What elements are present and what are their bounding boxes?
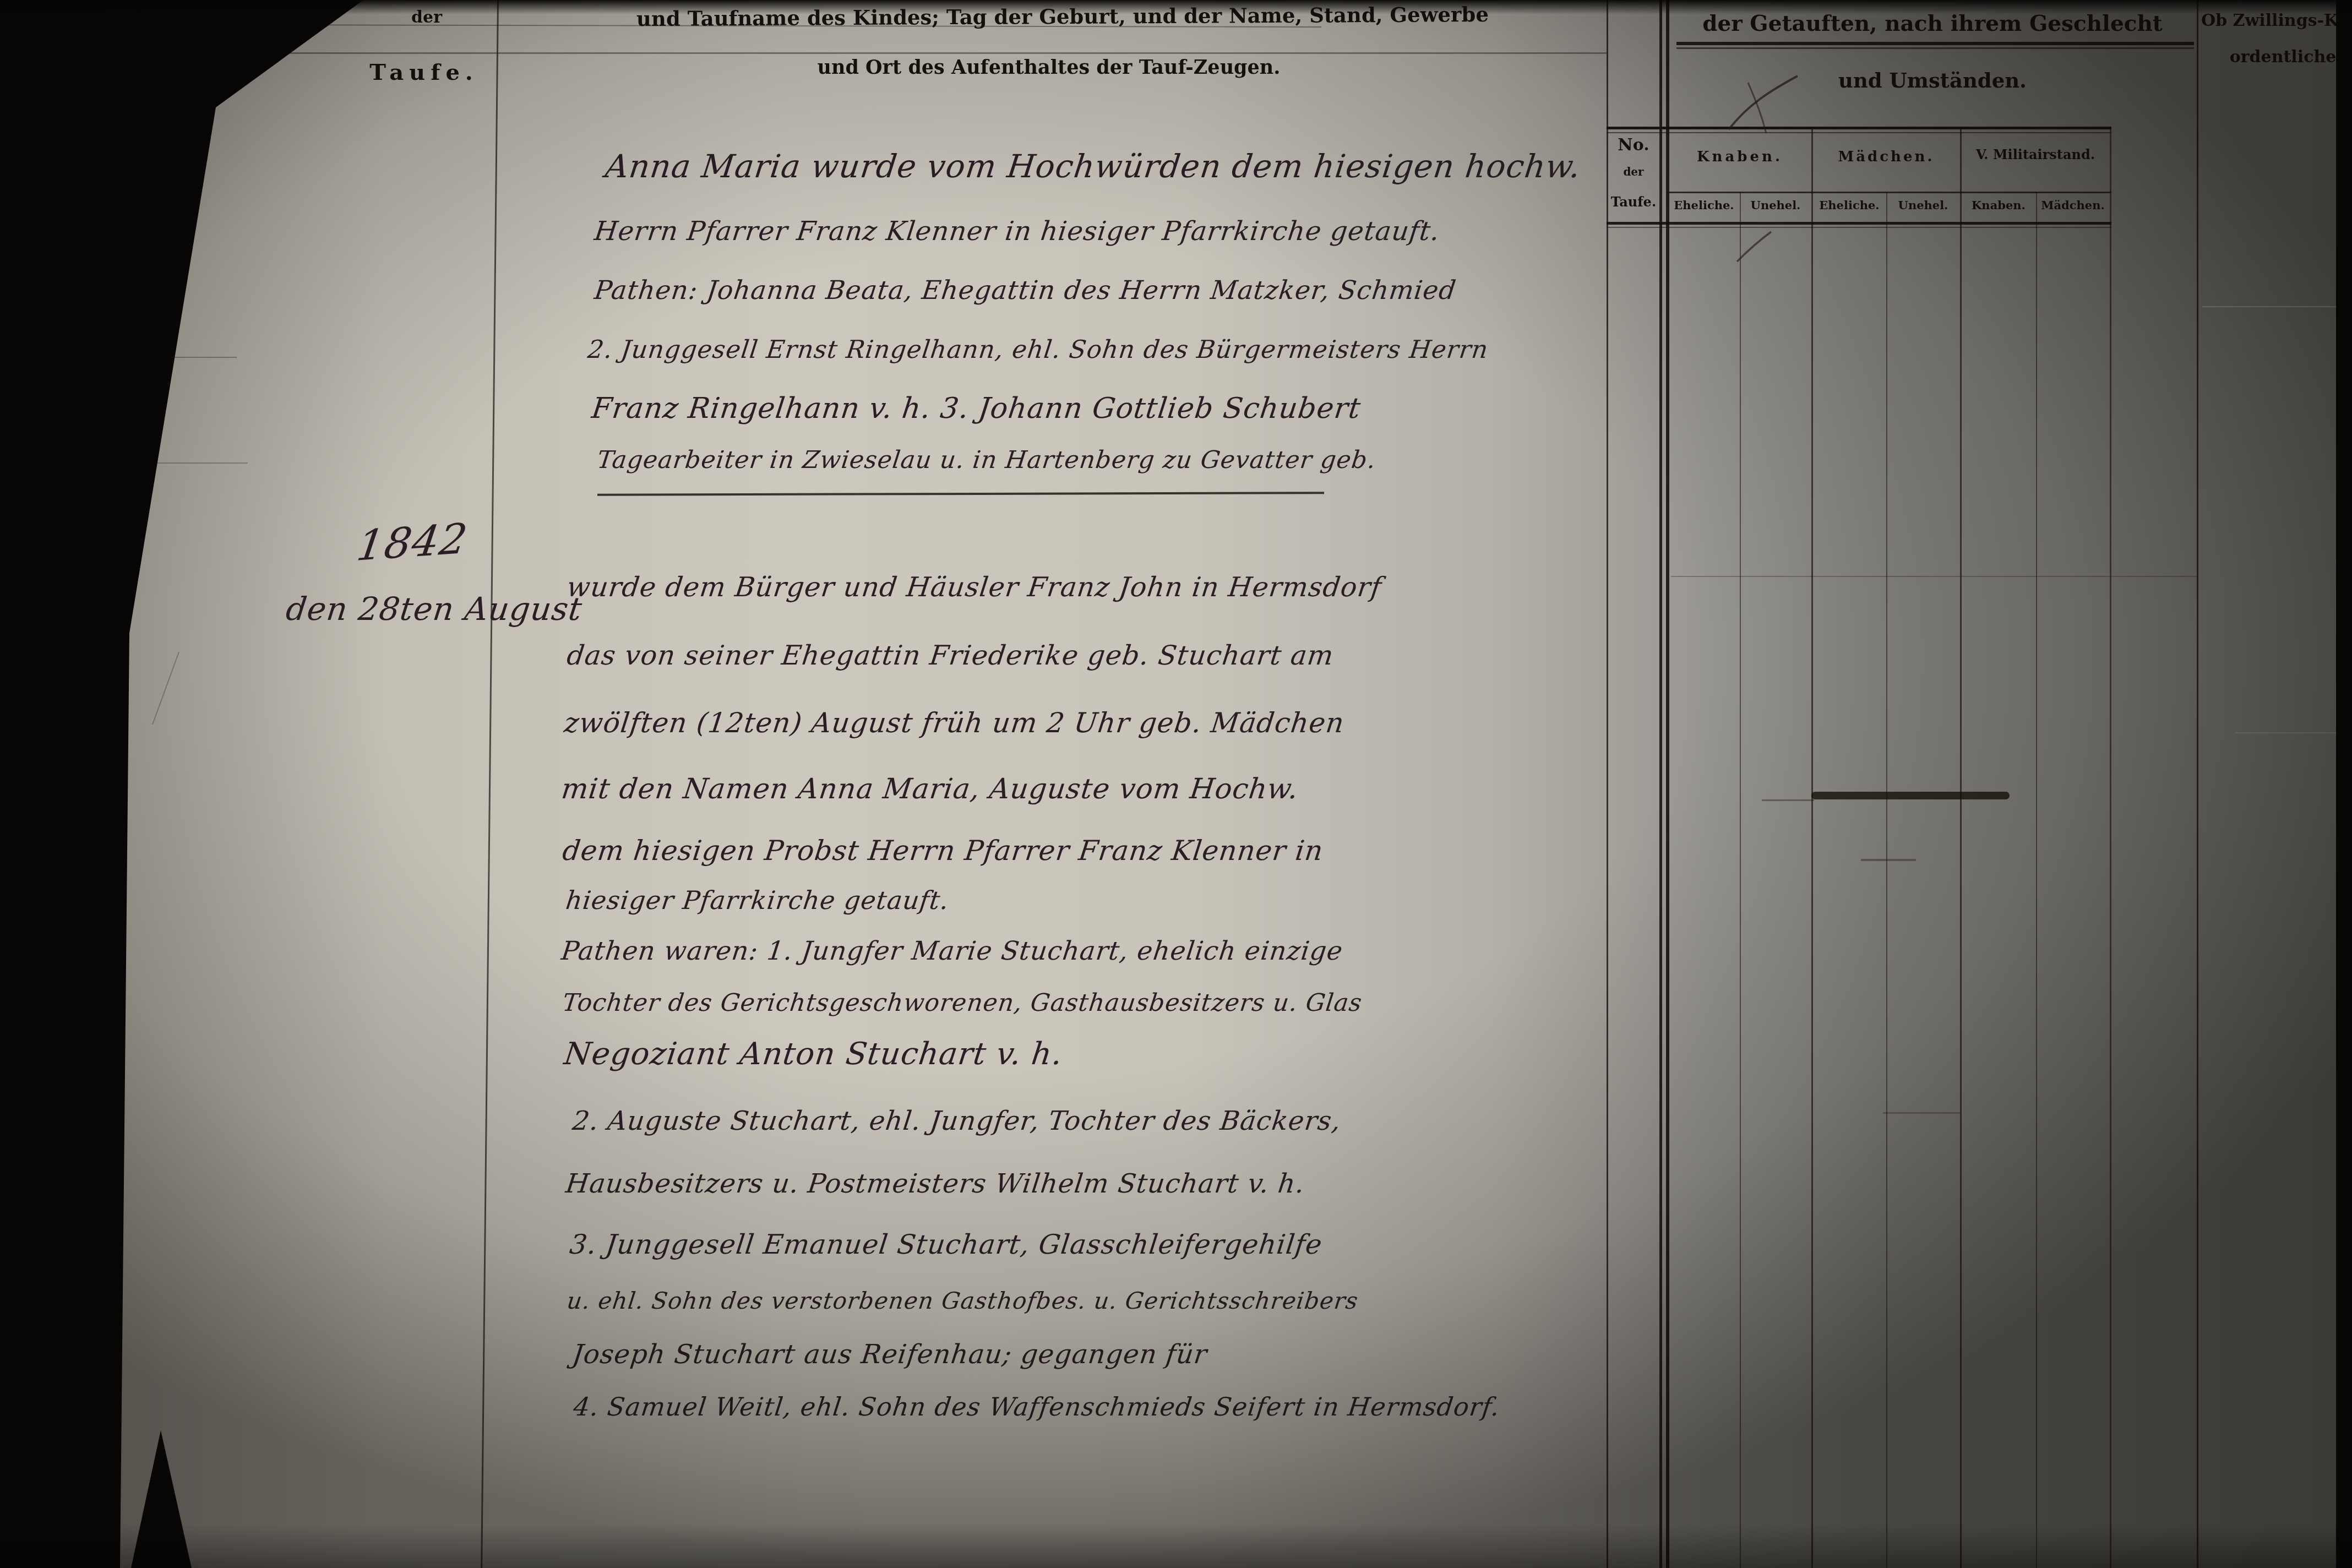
- entry1-line: 2. Junggesell Ernst Ringelhann, ehl. Soh…: [586, 335, 1490, 364]
- rule-table-top-a: [1607, 127, 2111, 129]
- main-col-header-line2: und Ort des Aufenthaltes der Tauf-Zeugen…: [622, 56, 1476, 79]
- subheader-maedchen-unehel: Unehel.: [1887, 198, 1959, 212]
- rule-no-col-double-b: [1666, 0, 1669, 1568]
- entry2-date-year: 1842: [353, 514, 471, 570]
- entry2-line: Pathen waren: 1. Jungfer Marie Stuchart,…: [560, 936, 1345, 966]
- rule-knaben-sub: [1740, 192, 1741, 1568]
- no-col-line2: der: [1608, 165, 1659, 178]
- no-col-line3: Taufe.: [1608, 194, 1659, 210]
- date-col-header-taufe: Taufe.: [347, 59, 501, 85]
- rule-no-col-double-a: [1659, 0, 1662, 1568]
- rule-header-underline: [215, 52, 1607, 54]
- entry2-line: Joseph Stuchart aus Reifenhau; gegangen …: [571, 1339, 1210, 1370]
- ink-smear: [1811, 792, 2010, 799]
- entry2-line: u. ehl. Sohn des verstorbenen Gasthofbes…: [565, 1287, 1360, 1314]
- scratch-mark: [1861, 859, 1916, 861]
- entry2-date-day: den 28ten August: [284, 590, 585, 628]
- light-scratch: [2202, 306, 2352, 307]
- entry2-line: hiesiger Pfarrkirche getauft.: [564, 885, 951, 915]
- no-col-line1: No.: [1608, 135, 1659, 155]
- entry1-line: Pathen: Johanna Beata, Ehegattin des Her…: [593, 275, 1458, 306]
- rule-maedchen-sub: [1886, 192, 1887, 1568]
- entry1-line: Franz Ringelhann v. h. 3. Johann Gottlie…: [590, 392, 1363, 425]
- twins-col-header-line2: ordentliches: [2219, 47, 2352, 67]
- rule-stats-heavy-b: [1676, 47, 2194, 49]
- film-shade-top: [0, 0, 2352, 14]
- stats-col-header-line1: der Getauften, nach ihrem Geschlecht: [1671, 11, 2194, 36]
- subheader-knaben-unehel: Unehel.: [1741, 198, 1810, 212]
- entry2-line: 2. Auguste Stuchart, ehl. Jungfer, Tocht…: [571, 1106, 1343, 1136]
- scratch-mark: [1883, 1112, 1960, 1114]
- entry2-line: zwölften (12ten) August früh um 2 Uhr ge…: [562, 707, 1346, 739]
- handwritten-stray-mark: [1732, 228, 1776, 267]
- entry2-line: wurde dem Bürger und Häusler Franz John …: [565, 571, 1384, 603]
- stats-col-header-line2: und Umständen.: [1671, 68, 2194, 92]
- scratch-mark: [1671, 576, 2197, 577]
- subheader-militair-maedchen: Mädchen.: [2037, 198, 2109, 212]
- entry1-line: Herrn Pfarrer Franz Klenner in hiesiger …: [593, 216, 1442, 247]
- entry2-line: Tochter des Gerichtsgeschworenen, Gastha…: [561, 989, 1364, 1017]
- entry1-line: Anna Maria wurde vom Hochwürden dem hies…: [603, 148, 1583, 185]
- entry2-line: dem hiesigen Probst Herrn Pfarrer Franz …: [560, 835, 1325, 867]
- entry2-line: 3. Junggesell Emanuel Stuchart, Glasschl…: [568, 1229, 1325, 1260]
- entry2-line: Hausbesitzers u. Postmeisters Wilhelm St…: [564, 1168, 1307, 1199]
- rule-table-subheader-bottom-b: [1607, 227, 2111, 228]
- rule-maedchen-militair: [1960, 128, 1962, 1568]
- rule-stats-heavy-a: [1676, 42, 2194, 45]
- entry2-line: mit den Namen Anna Maria, Auguste vom Ho…: [559, 773, 1300, 805]
- group-header-militairstand: V. Militairstand.: [1962, 146, 2109, 162]
- entry1-line: Tagearbeiter in Zwieselau u. in Hartenbe…: [596, 446, 1378, 474]
- film-shade-bottom: [0, 1524, 2352, 1568]
- group-header-maedchen: Mädchen.: [1814, 149, 1959, 165]
- rule-main-right: [1607, 0, 1608, 1568]
- entry2-line: 4. Samuel Weitl, ehl. Sohn des Waffensch…: [572, 1392, 1502, 1422]
- rule-militair-right: [2110, 128, 2111, 1568]
- group-header-knaben: Knaben.: [1669, 149, 1810, 165]
- rule-twins-col-left: [2197, 0, 2198, 1568]
- subheader-militair-knaben: Knaben.: [1962, 198, 2035, 212]
- rule-table-subheader: [1667, 192, 2111, 193]
- rule-table-top-b: [1607, 132, 2111, 133]
- rule-militair-sub: [2036, 192, 2037, 1568]
- light-scratch: [2235, 732, 2352, 733]
- entry2-line: Negoziant Anton Stuchart v. h.: [562, 1036, 1065, 1072]
- register-scan-page: der Taufe. und Taufname des Kindes; Tag …: [0, 0, 2352, 1568]
- scratch-mark: [1762, 799, 1814, 801]
- entry2-line: das von seiner Ehegattin Friederike geb.…: [565, 640, 1336, 671]
- subheader-maedchen-eheliche: Eheliche.: [1814, 198, 1885, 212]
- subheader-knaben-eheliche: Eheliche.: [1668, 198, 1740, 212]
- rule-knaben-maedchen: [1811, 128, 1813, 1568]
- rule-table-subheader-bottom-a: [1607, 222, 2111, 225]
